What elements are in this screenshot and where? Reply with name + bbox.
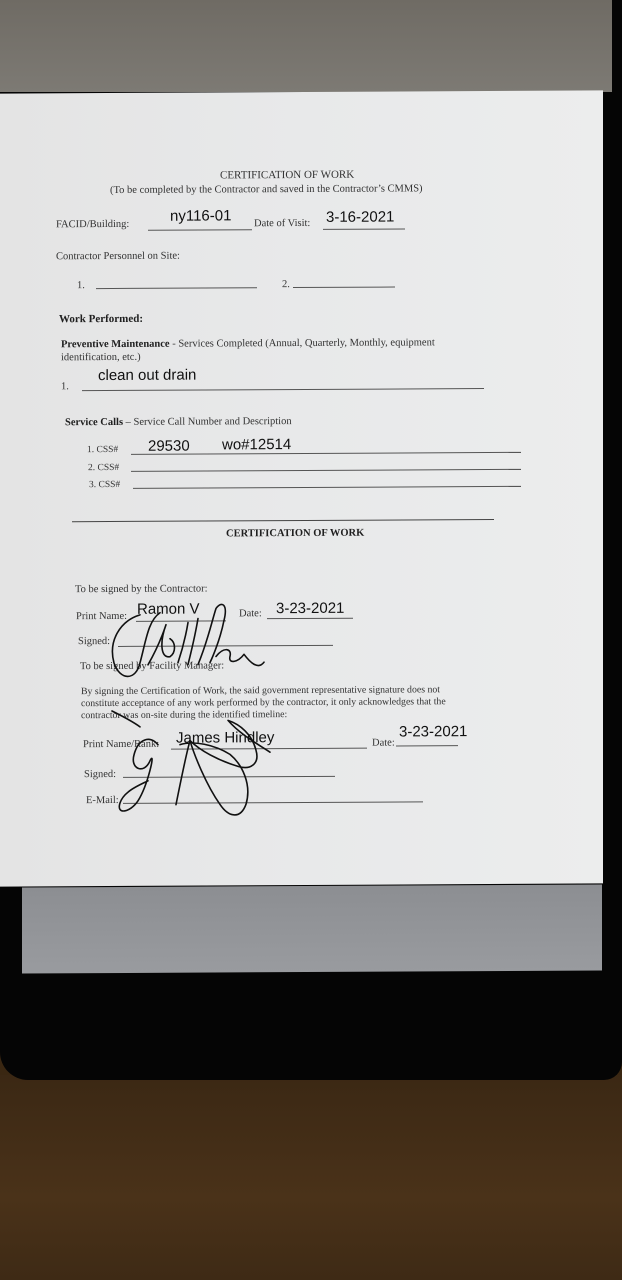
facid-underline: [148, 229, 252, 231]
personnel-1-field[interactable]: [96, 287, 257, 289]
pm-description-text: - Services Completed (Annual, Quarterly,…: [170, 337, 435, 349]
date-of-visit-label: Date of Visit:: [254, 218, 310, 229]
section-divider: [72, 519, 494, 522]
work-performed-heading: Work Performed:: [59, 313, 143, 325]
pm-item-1-num: 1.: [61, 381, 69, 392]
desk-surface: [0, 1075, 622, 1280]
viewer-top-bar: [0, 0, 612, 92]
service-call-2-field[interactable]: [131, 469, 521, 472]
pm-heading: Preventive Maintenance: [61, 339, 170, 351]
document-subtitle: (To be completed by the Contractor and s…: [110, 183, 423, 196]
pm-item-1-field[interactable]: [82, 388, 484, 391]
service-call-1-number[interactable]: 29530: [148, 438, 190, 455]
personnel-label: Contractor Personnel on Site:: [56, 251, 180, 263]
manager-date-value[interactable]: 3-23-2021: [399, 723, 467, 740]
contractor-sign-label: To be signed by the Contractor:: [75, 583, 208, 595]
personnel-2-num: 2.: [282, 279, 290, 290]
service-calls-heading: Service Calls: [65, 417, 123, 428]
manager-date-field[interactable]: [396, 745, 458, 746]
contractor-signature-drawing: [100, 600, 300, 691]
service-calls-description: Service Calls – Service Call Number and …: [65, 416, 292, 428]
personnel-1-num: 1.: [77, 280, 85, 291]
date-of-visit-underline: [323, 228, 405, 229]
pm-description-cont: identification, etc.): [61, 352, 141, 363]
service-call-1-description[interactable]: wo#12514: [222, 436, 291, 453]
facid-label: FACID/Building:: [56, 219, 129, 230]
service-call-1-label: 1. CSS#: [87, 445, 118, 455]
document-title: CERTIFICATION OF WORK: [220, 169, 354, 182]
service-calls-description-text: – Service Call Number and Description: [123, 416, 292, 428]
service-call-3-field[interactable]: [133, 486, 521, 489]
service-call-2-label: 2. CSS#: [88, 463, 119, 473]
pm-item-1-value[interactable]: clean out drain: [98, 367, 196, 385]
document-page: CERTIFICATION OF WORK (To be completed b…: [0, 90, 603, 886]
pm-description: Preventive Maintenance - Services Comple…: [61, 337, 435, 350]
service-call-3-label: 3. CSS#: [89, 480, 120, 490]
facid-value[interactable]: ny116-01: [170, 207, 231, 224]
date-of-visit-value[interactable]: 3-16-2021: [326, 209, 394, 226]
viewer-bottom-bar: [22, 884, 602, 973]
manager-date-label: Date:: [372, 738, 395, 749]
section2-title: CERTIFICATION OF WORK: [226, 528, 364, 540]
manager-signature-drawing: [110, 704, 310, 825]
personnel-2-field[interactable]: [293, 287, 395, 289]
